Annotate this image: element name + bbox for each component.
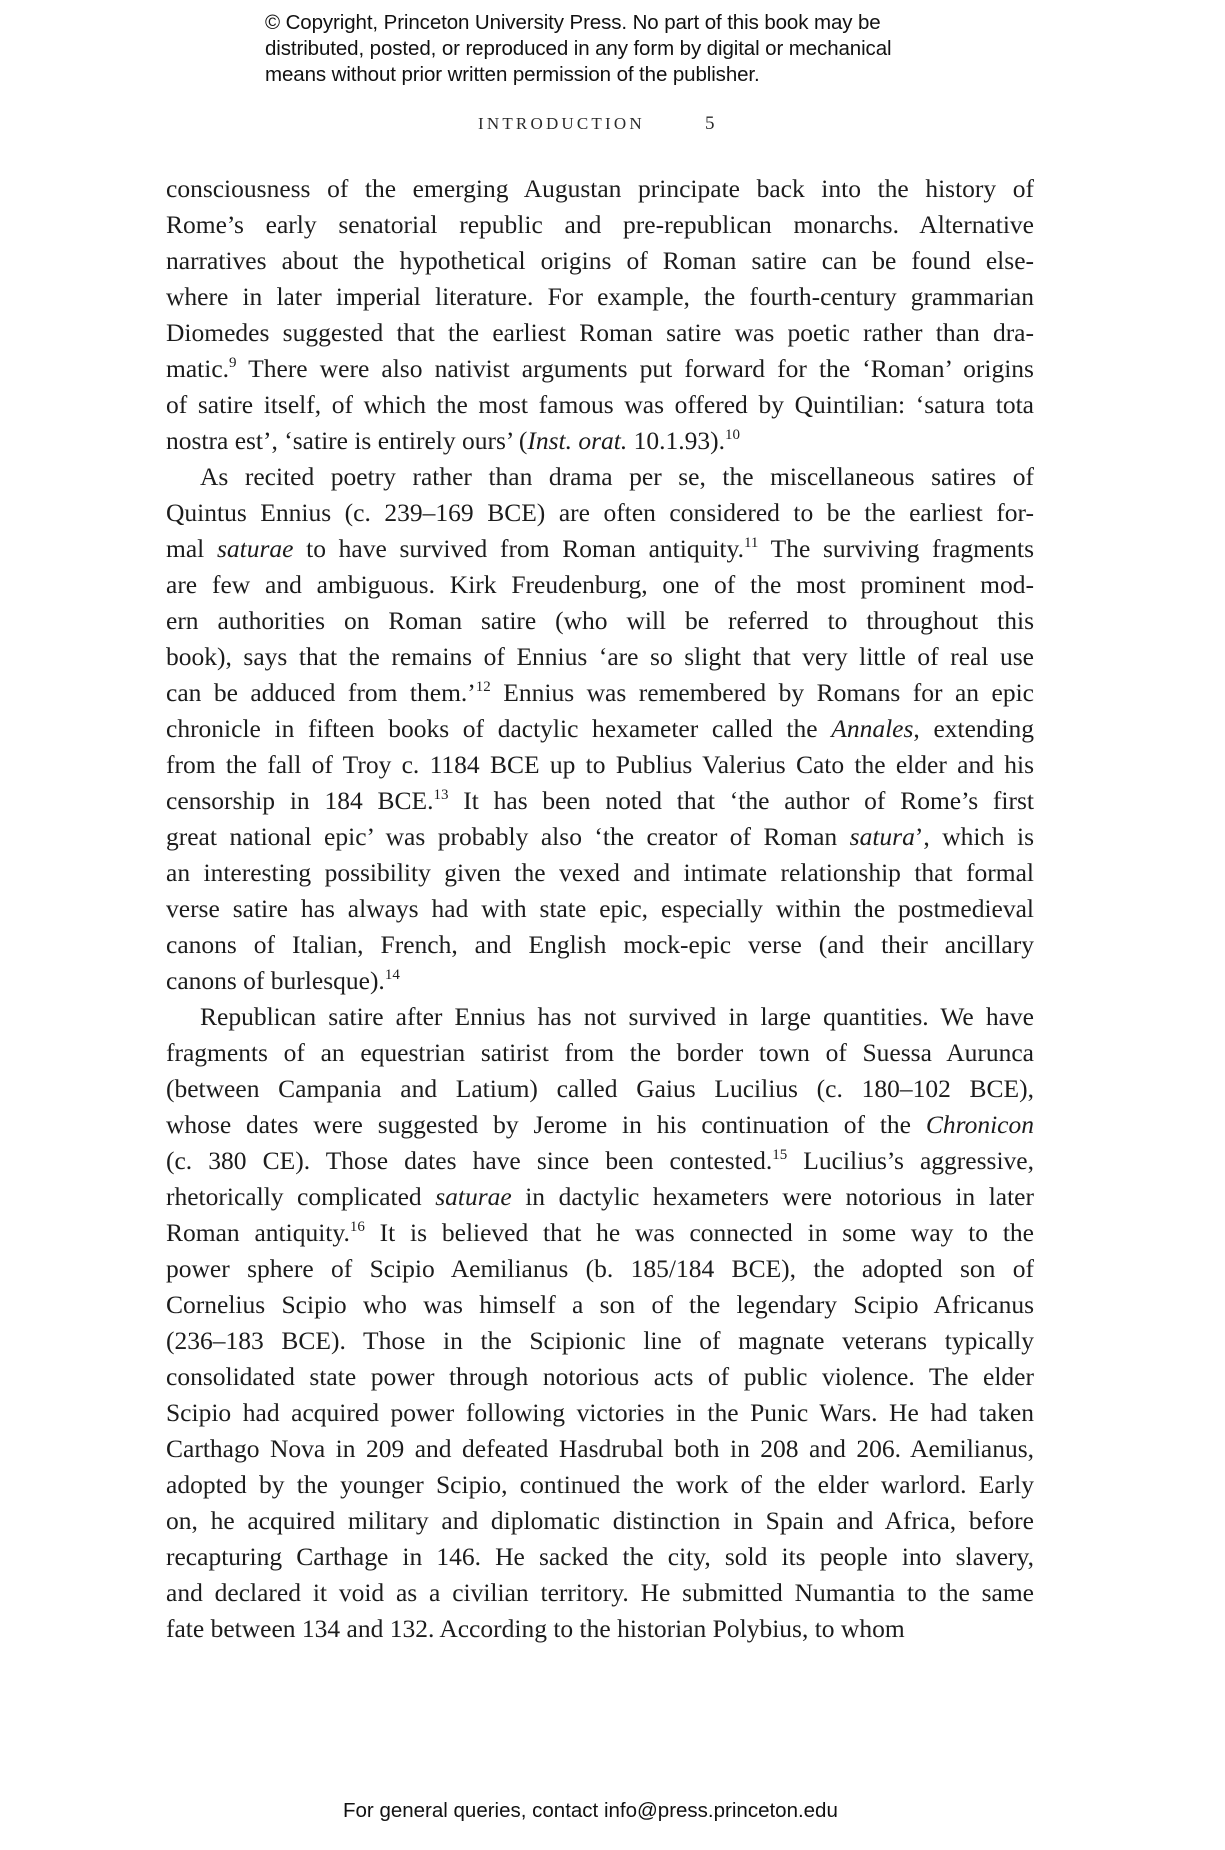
text-line: Carthago Nova in 209 and defeated Hasdru… xyxy=(166,1431,1034,1467)
italic-text: Annales xyxy=(831,714,913,743)
text-line: As recited poetry rather than drama per … xyxy=(166,459,1034,495)
footnote-ref: 14 xyxy=(385,967,400,983)
text-line: consciousness of the emerging Augustan p… xyxy=(166,171,1034,207)
italic-text: Chronicon xyxy=(926,1110,1034,1139)
text-line: censorship in 184 BCE.13 It has been not… xyxy=(166,783,1034,819)
body-text: consciousness of the emerging Augustan p… xyxy=(166,171,1034,1647)
copyright-line: © Copyright, Princeton University Press.… xyxy=(265,10,1025,36)
copyright-line: means without prior written permission o… xyxy=(265,62,1025,88)
text-line: Roman antiquity.16 It is believed that h… xyxy=(166,1215,1034,1251)
footnote-ref: 9 xyxy=(229,355,237,371)
footnote-ref: 12 xyxy=(476,679,491,695)
text-line: (c. 380 CE). Those dates have since been… xyxy=(166,1143,1034,1179)
text-line: fragments of an equestrian satirist from… xyxy=(166,1035,1034,1071)
copyright-line: distributed, posted, or reproduced in an… xyxy=(265,36,1025,62)
text-line: Republican satire after Ennius has not s… xyxy=(166,999,1034,1035)
text-line: and declared it void as a civilian terri… xyxy=(166,1575,1034,1611)
text-line: recapturing Carthage in 146. He sacked t… xyxy=(166,1539,1034,1575)
italic-text: satura xyxy=(850,822,915,851)
footer-contact: For general queries, contact info@press.… xyxy=(343,1798,838,1824)
text-line: Cornelius Scipio who was himself a son o… xyxy=(166,1287,1034,1323)
text-line: (236–183 BCE). Those in the Scipionic li… xyxy=(166,1323,1034,1359)
text-line: canons of burlesque).14 xyxy=(166,963,1034,999)
paragraph: As recited poetry rather than drama per … xyxy=(166,459,1034,999)
footnote-ref: 10 xyxy=(725,427,740,443)
text-line: whose dates were suggested by Jerome in … xyxy=(166,1107,1034,1143)
text-line: Quintus Ennius (c. 239–169 BCE) are ofte… xyxy=(166,495,1034,531)
footnote-ref: 13 xyxy=(433,787,448,803)
chapter-title: INTRODUCTION xyxy=(478,112,645,136)
text-line: verse satire has always had with state e… xyxy=(166,891,1034,927)
footnote-ref: 11 xyxy=(744,535,758,551)
text-line: of satire itself, of which the most famo… xyxy=(166,387,1034,423)
text-line: canons of Italian, French, and English m… xyxy=(166,927,1034,963)
text-line: narratives about the hypothetical origin… xyxy=(166,243,1034,279)
text-line: an interesting possibility given the vex… xyxy=(166,855,1034,891)
text-line: ern authorities on Roman satire (who wil… xyxy=(166,603,1034,639)
text-line: Scipio had acquired power following vict… xyxy=(166,1395,1034,1431)
paragraph: Republican satire after Ennius has not s… xyxy=(166,999,1034,1647)
text-line: nostra est’, ‘satire is entirely ours’ (… xyxy=(166,423,1034,459)
italic-text: Inst. orat. xyxy=(527,426,627,455)
text-line: are few and ambiguous. Kirk Freudenburg,… xyxy=(166,567,1034,603)
footnote-ref: 15 xyxy=(772,1147,787,1163)
footnote-ref: 16 xyxy=(350,1219,365,1235)
text-line: chronicle in fifteen books of dactylic h… xyxy=(166,711,1034,747)
text-line: Rome’s early senatorial republic and pre… xyxy=(166,207,1034,243)
text-line: power sphere of Scipio Aemilianus (b. 18… xyxy=(166,1251,1034,1287)
text-line: on, he acquired military and diplomatic … xyxy=(166,1503,1034,1539)
text-line: consolidated state power through notorio… xyxy=(166,1359,1034,1395)
italic-text: saturae xyxy=(435,1182,512,1211)
text-line: great national epic’ was probably also ‘… xyxy=(166,819,1034,855)
italic-text: saturae xyxy=(217,534,294,563)
text-line: book), says that the remains of Ennius ‘… xyxy=(166,639,1034,675)
text-line: matic.9 There were also nativist argumen… xyxy=(166,351,1034,387)
text-line: can be adduced from them.’12 Ennius was … xyxy=(166,675,1034,711)
text-line: fate between 134 and 132. According to t… xyxy=(166,1611,1034,1647)
text-line: where in later imperial literature. For … xyxy=(166,279,1034,315)
text-line: Diomedes suggested that the earliest Rom… xyxy=(166,315,1034,351)
copyright-notice: © Copyright, Princeton University Press.… xyxy=(265,10,1025,88)
text-line: from the fall of Troy c. 1184 BCE up to … xyxy=(166,747,1034,783)
page-number: 5 xyxy=(705,112,715,136)
text-line: (between Campania and Latium) called Gai… xyxy=(166,1071,1034,1107)
paragraph: consciousness of the emerging Augustan p… xyxy=(166,171,1034,459)
text-line: rhetorically complicated saturae in dact… xyxy=(166,1179,1034,1215)
text-line: mal saturae to have survived from Roman … xyxy=(166,531,1034,567)
text-line: adopted by the younger Scipio, continued… xyxy=(166,1467,1034,1503)
